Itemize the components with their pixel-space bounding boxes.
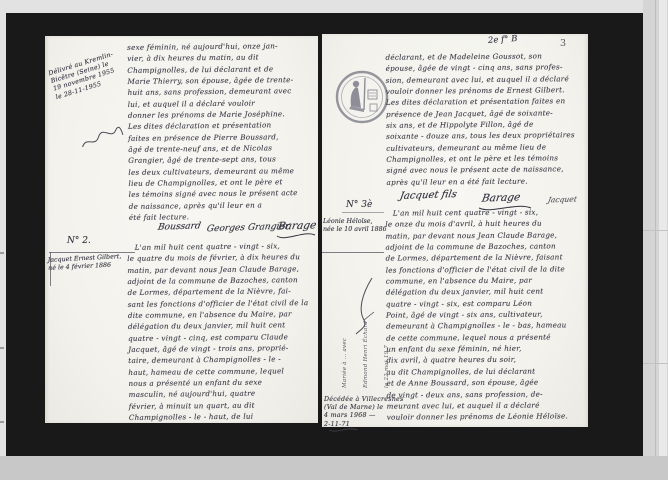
act2-end-body-text: déclarant, et de Madeleine Goussot, soné… <box>385 51 575 189</box>
paper-seam <box>655 0 656 480</box>
paper-seam <box>643 363 668 364</box>
signature-boussard: Boussard <box>157 221 202 232</box>
act1-body-text: sexe féminin, né aujourd'hui, onze jan-v… <box>127 41 298 224</box>
paper-edge-highlight <box>659 0 667 480</box>
act2-body-text: L'an mil huit cent quatre - vingt - six,… <box>127 241 310 424</box>
act2-margin-name: Jacquet Ernest Gilbert, né le 4 février … <box>48 253 122 273</box>
act2-number-label: N° 2. <box>67 236 91 246</box>
folio-annotation: 2e f° B <box>488 34 518 46</box>
signature-jacquet-fils: Jacquet fils <box>399 189 458 202</box>
act3-number-label: N° 3è <box>346 200 372 210</box>
scanner-edge-left <box>0 13 6 456</box>
register-scan: Délivré au Kremlin-Bicêtre (Seine) le19 … <box>0 0 668 480</box>
paraph-flourish-icon <box>352 276 378 336</box>
left-page: Délivré au Kremlin-Bicêtre (Seine) le19 … <box>45 36 318 423</box>
underline-flourish-icon <box>328 426 358 434</box>
act3-body-text: L'an mil huit cent quatre - vingt - six,… <box>385 207 568 424</box>
delivery-annotation: Délivré au Kremlin-Bicêtre (Seine) le19 … <box>48 51 122 102</box>
death-annotation: Décédée à Villecresnes(Val de Marne) le4… <box>324 396 403 429</box>
fiscal-stamp-icon <box>334 68 390 126</box>
paper-seam <box>643 230 668 231</box>
signature-flourish-icon <box>77 123 126 154</box>
scanner-edge-right <box>643 0 668 480</box>
scan-edge-mark <box>0 347 4 349</box>
right-page: 2e f° B 3 déclarant, et de Madeleine Gou… <box>322 34 588 427</box>
signature-jacquet: Jacquet <box>547 195 578 205</box>
act3-margin-name: Léonie Héloïse, née le 10 avril 1886 <box>323 218 387 234</box>
scanner-edge-bottom <box>0 456 668 480</box>
page-number: 3 <box>560 38 566 49</box>
margin-rule <box>342 212 384 213</box>
scan-edge-mark <box>0 421 4 423</box>
scan-edge-mark <box>0 252 4 254</box>
margin-rule <box>49 252 135 253</box>
margin-rule <box>322 252 384 253</box>
